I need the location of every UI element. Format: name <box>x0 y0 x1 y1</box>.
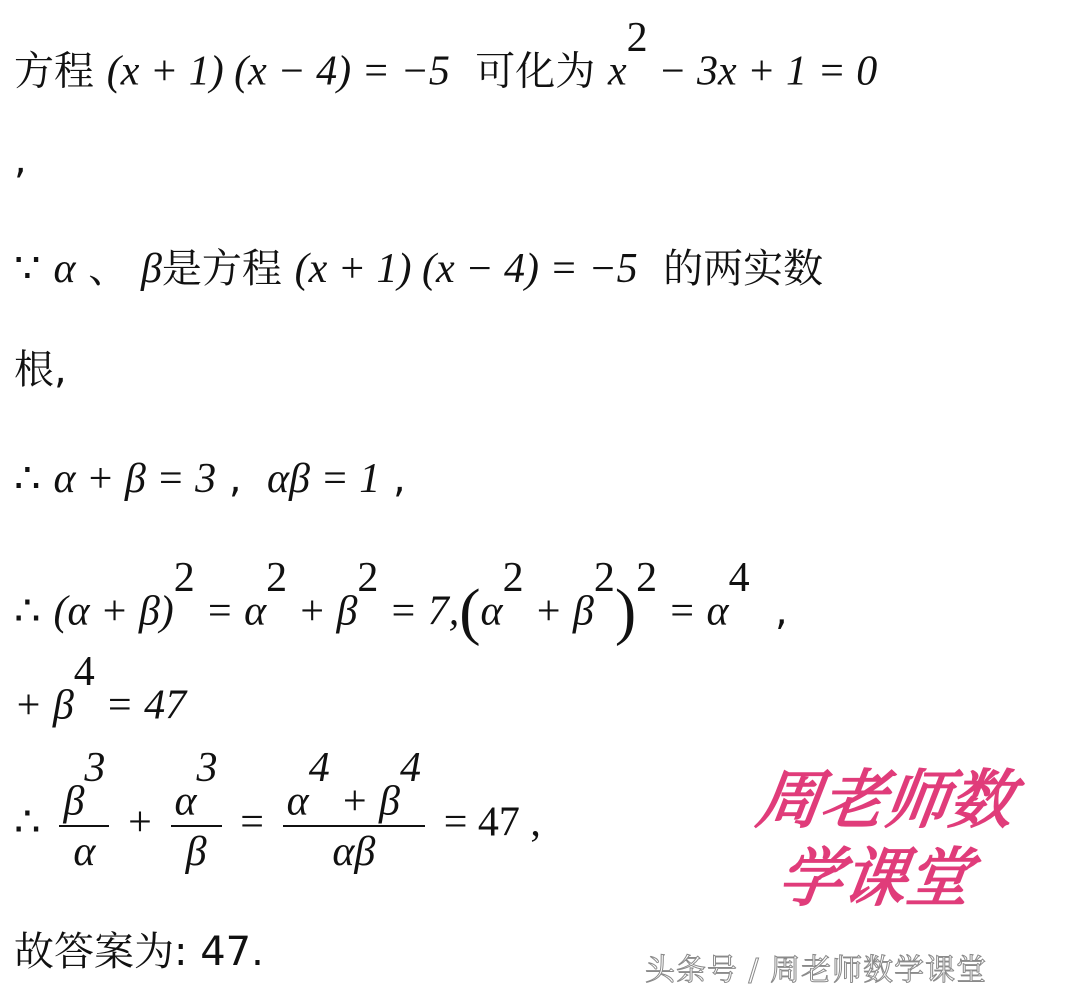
therefore-symbol: ∴ <box>14 800 41 846</box>
equation: (α + β) <box>53 589 173 635</box>
line-7: + β4 = 47 <box>14 672 186 727</box>
fraction-alpha3-over-beta: α3 β <box>171 768 222 877</box>
fraction-sum-over-product: α4 + β4 αβ <box>283 768 425 877</box>
plus: + <box>128 800 152 846</box>
text: 可化为 <box>475 49 595 95</box>
equation: = 7, <box>378 589 459 635</box>
equation: − 3x + 1 = 0 <box>648 49 878 95</box>
fraction-beta3-over-alpha: β3 α <box>59 768 109 877</box>
comma: , <box>229 456 242 502</box>
exponent: 2 <box>503 555 524 601</box>
exponent: 4 <box>74 649 95 695</box>
watermark-line-1: 周老师数 <box>715 762 1056 840</box>
exponent: 3 <box>197 745 218 791</box>
numerator: β <box>63 779 84 825</box>
equation: + β <box>524 589 594 635</box>
beta: β <box>141 246 162 292</box>
line-9: 故答案为: 47. <box>14 932 264 972</box>
exponent: 3 <box>84 745 105 791</box>
line-3: ∵ α 、 β是方程 (x + 1) (x − 4) = −5 的两实数 <box>14 248 823 290</box>
text: 的两实数 <box>663 246 823 292</box>
denominator: αβ <box>283 827 425 877</box>
therefore-symbol: ∴ <box>14 456 41 502</box>
equation: + β <box>287 589 357 635</box>
numerator: + β <box>330 779 400 825</box>
line-1: 方程 (x + 1) (x − 4) = −5 可化为 x2 − 3x + 1 … <box>14 38 877 93</box>
text: 根, <box>14 347 67 393</box>
numerator: α <box>175 779 197 825</box>
line-5: ∴ α + β = 3 , αβ = 1 , <box>14 458 406 500</box>
var: x <box>608 49 627 95</box>
source-credit: 头条号 / 周老师数学课堂 <box>645 945 987 989</box>
exponent: 2 <box>636 555 657 601</box>
comma: , <box>14 137 27 183</box>
line-2: , <box>14 140 27 180</box>
denominator: β <box>171 827 222 877</box>
equation: (x + 1) (x − 4) = −5 <box>107 49 450 95</box>
answer-text: 故答案为: 47. <box>14 929 264 975</box>
line-4: 根, <box>14 350 67 390</box>
text: 方程 <box>14 49 94 95</box>
equals: = <box>240 800 264 846</box>
watermark-logo: 周老师数 学课堂 <box>704 762 1056 918</box>
exponent: 4 <box>729 555 750 601</box>
therefore-symbol: ∴ <box>14 589 41 635</box>
result: = 47 , <box>444 800 541 846</box>
equation: α <box>481 589 503 635</box>
alpha: α <box>53 246 75 292</box>
exponent: 2 <box>174 555 195 601</box>
left-paren: ( <box>459 576 480 647</box>
equation: = α <box>657 589 728 635</box>
equation: + β <box>14 683 74 729</box>
text: 是方程 <box>162 246 282 292</box>
separator: 、 <box>88 246 128 292</box>
comma: , <box>393 456 406 502</box>
watermark-line-2: 学课堂 <box>704 840 1045 918</box>
numerator: α <box>287 779 309 825</box>
exponent: 2 <box>357 555 378 601</box>
line-8: ∴ β3 α + α3 β = α4 + β4 αβ = 47 , <box>14 768 541 877</box>
equation: αβ = 1 <box>267 456 380 502</box>
because-symbol: ∵ <box>14 246 41 292</box>
denominator: α <box>59 827 109 877</box>
comma: , <box>775 589 788 635</box>
equation: α + β = 3 <box>53 456 216 502</box>
equation: (x + 1) (x − 4) = −5 <box>295 246 638 292</box>
right-paren: ) <box>615 576 636 647</box>
equation: = 47 <box>95 683 186 729</box>
exponent: 2 <box>594 555 615 601</box>
equation: = α <box>195 589 266 635</box>
line-6: ∴ (α + β)2 = α2 + β2 = 7,(α2 + β2)2 = α4… <box>14 578 788 644</box>
exponent: 2 <box>627 15 648 61</box>
exponent: 2 <box>266 555 287 601</box>
